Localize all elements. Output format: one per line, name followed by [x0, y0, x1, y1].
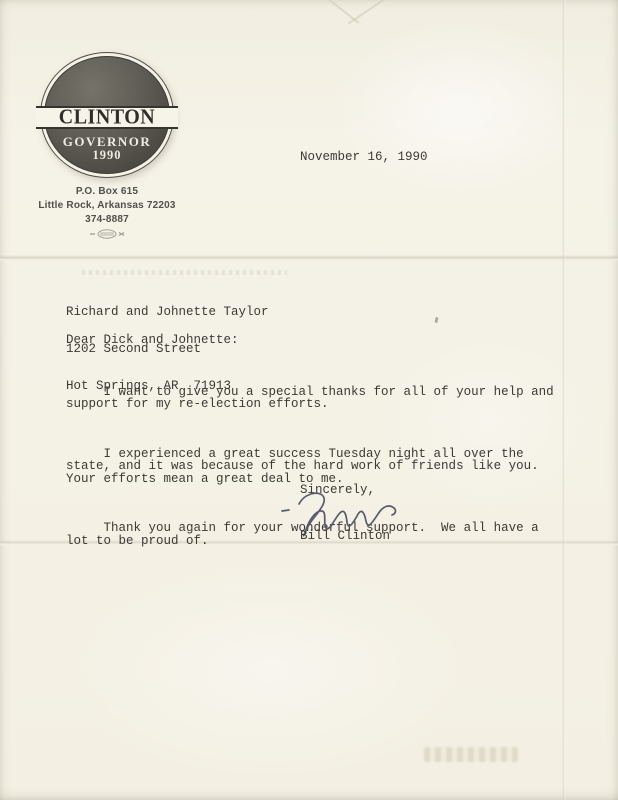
faint-imprint — [424, 747, 518, 762]
letter-date: November 16, 1990 — [300, 151, 428, 163]
paper-sheen — [60, 560, 480, 780]
letter-page: GOVERNOR 1990 CLINTON P.O. Box 615 Littl… — [0, 0, 618, 800]
signer-name: Bill Clinton — [300, 530, 390, 542]
corner-crease — [347, 0, 386, 25]
fold-crease-top — [0, 255, 618, 261]
union-label-icon — [88, 228, 128, 240]
fold-crease-vertical — [562, 0, 566, 800]
recipient-line: Richard and Johnette Taylor — [66, 306, 269, 318]
letter-body: I want to give you a special thanks for … — [66, 361, 554, 585]
letterhead-address-line: 374-8887 — [2, 213, 212, 227]
body-paragraph: I want to give you a special thanks for … — [66, 386, 554, 411]
salutation: Dear Dick and Johnette: — [66, 334, 239, 346]
body-paragraph: I experienced a great success Tuesday ni… — [66, 448, 554, 485]
ink-bleed-through — [82, 270, 287, 275]
letterhead-address-line: Little Rock, Arkansas 72203 — [2, 199, 212, 213]
letterhead-address: P.O. Box 615 Little Rock, Arkansas 72203… — [2, 185, 212, 226]
paper-sheen — [330, 20, 590, 200]
logo-name-banner: CLINTON — [36, 106, 178, 129]
campaign-logo: GOVERNOR 1990 CLINTON — [40, 52, 174, 178]
logo-name-label: CLINTON — [59, 105, 156, 129]
paper-speck — [434, 317, 438, 323]
logo-year-label: 1990 — [41, 148, 173, 163]
letterhead-address-line: P.O. Box 615 — [2, 185, 212, 199]
